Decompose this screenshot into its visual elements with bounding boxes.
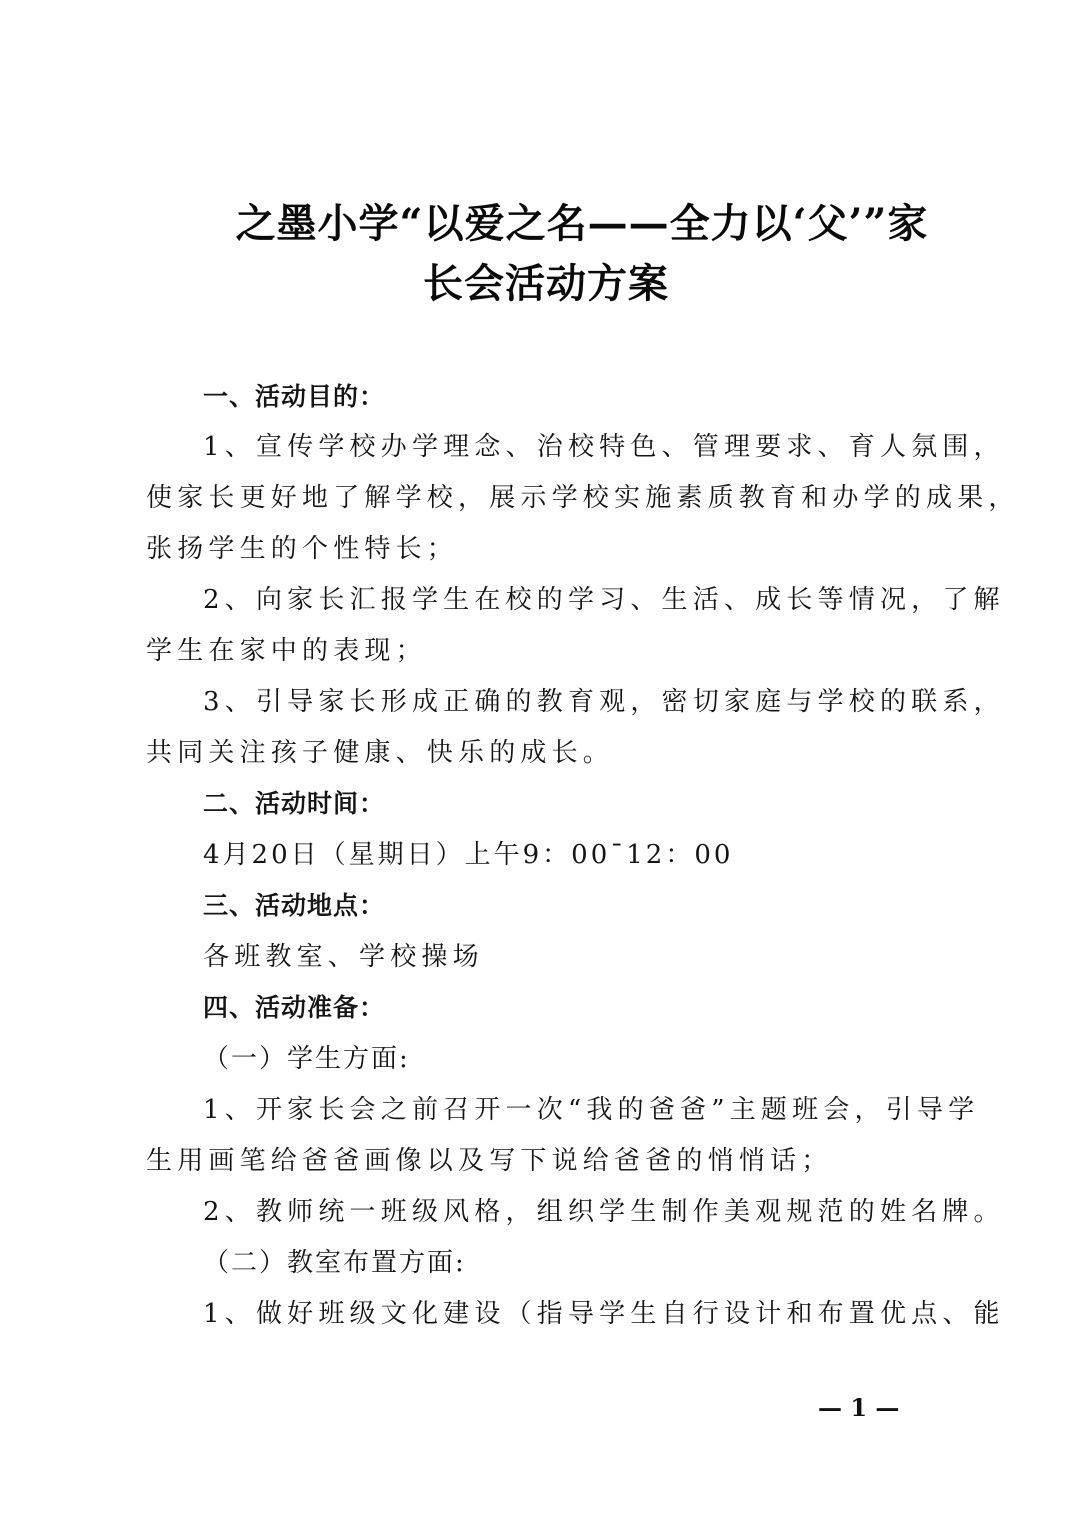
document-title-line-1: 之墨小学“以爱之名——全力以‘父’”家 (42, 198, 1080, 250)
event-time: 4月20日（星期日）上午9：00¯12：00 (203, 838, 733, 872)
document-title-line-2: 长会活动方案 (6, 258, 1080, 310)
section-heading-location: 三、活动地点： (203, 889, 385, 923)
paragraph-line: 张扬学生的个性特长； (146, 532, 458, 566)
paragraph-line: 1、做好班级文化建设（指导学生自行设计和布置优点、能 (203, 1297, 1005, 1331)
paragraph-line: 学生在家中的表现； (146, 634, 427, 668)
paragraph-line: 2、向家长汇报学生在校的学习、生活、成长等情况，了解 (203, 583, 1005, 617)
section-heading-time: 二、活动时间： (203, 787, 385, 821)
section-heading-preparation: 四、活动准备： (203, 991, 385, 1025)
document-page: 之墨小学“以爱之名——全力以‘父’”家 长会活动方案 一、活动目的： 1、宣传学… (0, 0, 1080, 1527)
paragraph-line: 使家长更好地了解学校，展示学校实施素质教育和办学的成果， (146, 481, 1020, 515)
paragraph-line: 1、宣传学校办学理念、治校特色、管理要求、育人氛围， (203, 430, 1005, 464)
subsection-heading-classroom: （二）教室布置方面: (203, 1246, 466, 1280)
paragraph-line: 3、引导家长形成正确的教育观，密切家庭与学校的联系， (203, 685, 1005, 719)
paragraph-line: 2、教师统一班级风格，组织学生制作美观规范的姓名牌。 (203, 1195, 1005, 1229)
section-heading-purpose: 一、活动目的： (203, 380, 385, 414)
subsection-heading-students: （一）学生方面: (203, 1042, 410, 1076)
page-number: — 1 — (818, 1393, 899, 1423)
paragraph-line: 共同关注孩子健康、快乐的成长。 (146, 736, 614, 770)
paragraph-line: 1、开家长会之前召开一次“我的爸爸”主题班会，引导学 (203, 1093, 979, 1127)
paragraph-line: 生用画笔给爸爸画像以及写下说给爸爸的悄悄话； (146, 1144, 832, 1178)
event-location: 各班教室、学校操场 (203, 940, 484, 974)
